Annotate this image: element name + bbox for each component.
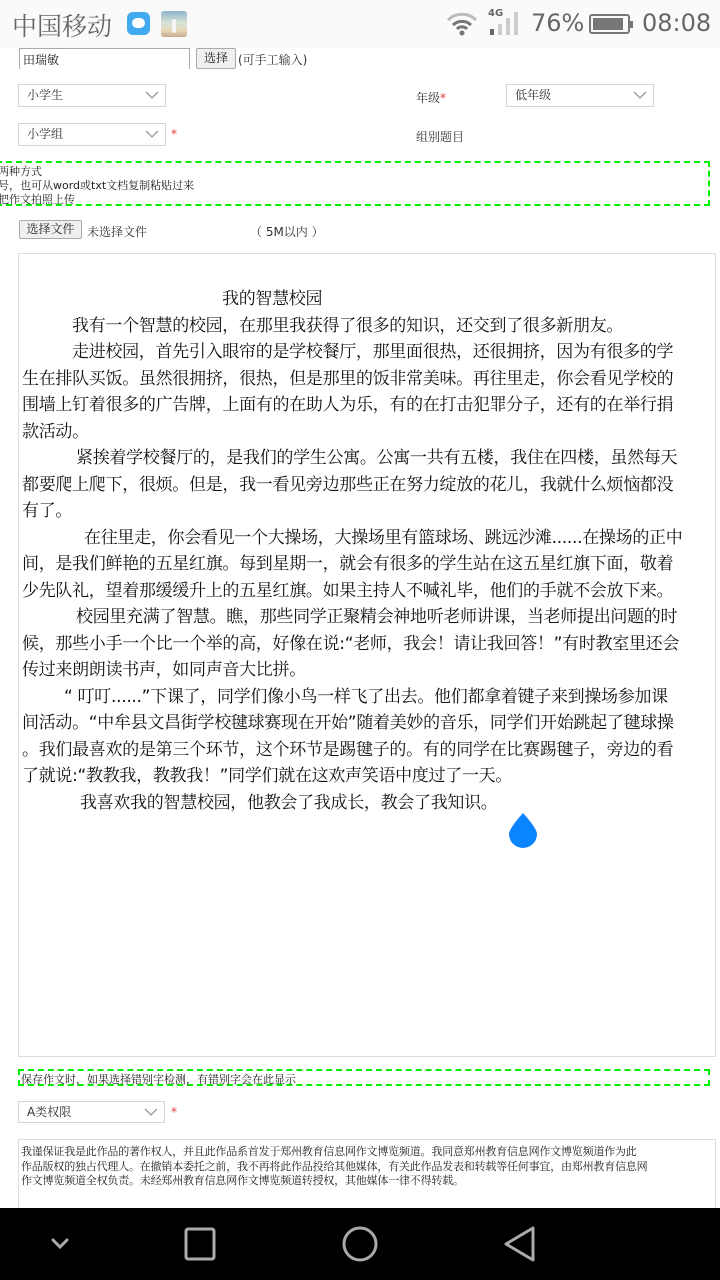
essay-line: 围墙上钉着很多的广告牌，上面有的在助人为乐，有的在打击犯罪分子，还有的在举行捐 <box>22 390 673 415</box>
carrier-name: 中国移动 <box>12 7 112 43</box>
essay-line: 都要爬上爬下，很烦。但是，我一看见旁边那些正在努力绽放的花儿，我就什么烦恼都没 <box>22 470 673 495</box>
chevron-down-icon <box>144 1105 158 1119</box>
grade-value: 低年级 <box>515 88 551 102</box>
essay-line: 生在排队买饭。虽然很拥挤，很热，但是那里的饭非常美味。再往里走，你会看见学校的 <box>22 364 673 389</box>
battery-icon <box>589 14 630 34</box>
clock: 08:08 <box>642 9 711 37</box>
wifi-icon <box>446 12 478 36</box>
choose-author-button[interactable]: 选择 <box>196 48 236 69</box>
file-status: 未选择文件 <box>87 223 147 240</box>
message-icon <box>127 12 150 35</box>
copyright-statement-textarea[interactable]: 我谨保证我是此作品的著作权人，并且此作品系首发于郑州教育信息网作文博览频道。我同… <box>18 1139 716 1219</box>
author-value: 田瑞敏 <box>23 53 59 67</box>
triangle-back-icon <box>502 1225 538 1263</box>
statement-line: 作文博览频道全权负责。未经郑州教育信息网作文博览频道转授权，其他媒体一律不得转载… <box>21 1172 464 1188</box>
required-mark: * <box>171 127 177 141</box>
chevron-down-icon <box>145 127 159 141</box>
essay-line: 候，那些小手一个比一个举的高，好像在说:“老师，我会！请让我回答！”有时教室里还… <box>22 629 679 654</box>
student-type-value: 小学生 <box>27 88 63 102</box>
chevron-down-icon <box>145 88 159 102</box>
author-input[interactable]: 田瑞敏 <box>19 48 190 69</box>
grade-label: 年级* <box>416 89 446 106</box>
chevron-down-icon <box>633 88 647 102</box>
choose-file-button[interactable]: 选择文件 <box>19 220 82 239</box>
signal-icon: 4G <box>488 6 522 38</box>
group-select[interactable]: 小学组 <box>18 123 166 146</box>
typo-check-box: 保存作文时，如果选择错别字检测，有错别字会在此显示 <box>18 1069 710 1086</box>
recents-button[interactable] <box>170 1208 230 1280</box>
essay-line: 紧挨着学校餐厅的，是我们的学生公寓。公寓一共有五楼，我住在四楼，虽然每天 <box>76 443 677 468</box>
back-button[interactable] <box>490 1208 550 1280</box>
essay-line: 间活动。“中牟县文昌街学校毽球赛现在开始”随着美妙的音乐，同学们开始跳起了毽球操 <box>22 708 674 733</box>
essay-line: 有了。 <box>22 496 72 521</box>
tip-line: 把作文拍照上传 <box>0 191 75 207</box>
square-icon <box>183 1227 217 1261</box>
statement-line: 我谨保证我是此作品的著作权人，并且此作品系首发于郑州教育信息网作文博览频道。我同… <box>21 1143 637 1159</box>
circle-icon <box>341 1225 379 1263</box>
student-type-select[interactable]: 小学生 <box>18 84 166 107</box>
essay-line: 我喜欢我的智慧校园，他教会了我成长，教会了我知识。 <box>80 788 498 813</box>
svg-text:4G: 4G <box>488 8 503 19</box>
upload-tips-box: 两种方式 号，也可从word或txt文档复制粘贴过来 把作文拍照上传 <box>0 161 710 206</box>
battery-percent: 76% <box>531 9 584 37</box>
group-topic-label: 组别题目 <box>416 128 464 145</box>
status-bar: 中国移动 4G 76% 08:08 <box>0 0 720 48</box>
essay-line: 款活动。 <box>22 417 89 442</box>
hide-keyboard-button[interactable] <box>30 1208 90 1280</box>
required-mark: * <box>171 1105 177 1119</box>
essay-line: 传过来朗朗读书声，如同声音大比拼。 <box>22 655 306 680</box>
photo-notification-icon <box>161 11 187 37</box>
navigation-bar <box>0 1208 720 1280</box>
permission-select[interactable]: A类权限 <box>18 1101 165 1123</box>
essay-line: 少先队礼，望着那缓缓升上的五星红旗。如果主持人不喊礼毕，他们的手就不会放下来。 <box>22 576 673 601</box>
essay-line: 在往里走，你会看见一个大操场，大操场里有篮球场、跳远沙滩......在操场的正中 <box>84 523 682 548</box>
essay-line: 间，是我们鲜艳的五星红旗。每到星期一，就会有很多的学生站在这五星红旗下面，敬着 <box>22 549 673 574</box>
essay-line: “ 叮叮......”下课了，同学们像小鸟一样飞了出去。他们都拿着键子来到操场参… <box>64 682 668 707</box>
essay-textarea[interactable]: 我的智慧校园我有一个智慧的校园，在那里我获得了很多的知识，还交到了很多新朋友。走… <box>18 253 716 1057</box>
home-button[interactable] <box>330 1208 390 1280</box>
permission-value: A类权限 <box>27 1105 71 1119</box>
essay-line: 。我们最喜欢的是第三个环节，这个环节是踢毽子的。有的同学在比赛踢毽子，旁边的看 <box>22 735 673 760</box>
file-size-limit: （ 5M以内 ） <box>250 223 324 240</box>
essay-line: 走进校园，首先引入眼帘的是学校餐厅，那里面很热，还很拥挤，因为有很多的学 <box>72 337 673 362</box>
essay-line: 校园里充满了智慧。瞧，那些同学正聚精会神地听老师讲课，当老师提出问题的时 <box>76 602 677 627</box>
group-value: 小学组 <box>27 127 63 141</box>
grade-select[interactable]: 低年级 <box>506 84 654 107</box>
text-cursor-handle-icon[interactable] <box>508 812 538 848</box>
essay-title: 我的智慧校园 <box>222 284 322 309</box>
essay-line: 了就说:“教教我，教教我！”同学们就在这欢声笑语中度过了一天。 <box>22 761 512 786</box>
essay-line: 我有一个智慧的校园，在那里我获得了很多的知识，还交到了很多新朋友。 <box>72 311 623 336</box>
chevron-down-icon <box>50 1237 70 1251</box>
typo-notice: 保存作文时，如果选择错别字检测，有错别字会在此显示 <box>21 1071 296 1087</box>
manual-input-note: (可手工输入) <box>238 51 307 68</box>
